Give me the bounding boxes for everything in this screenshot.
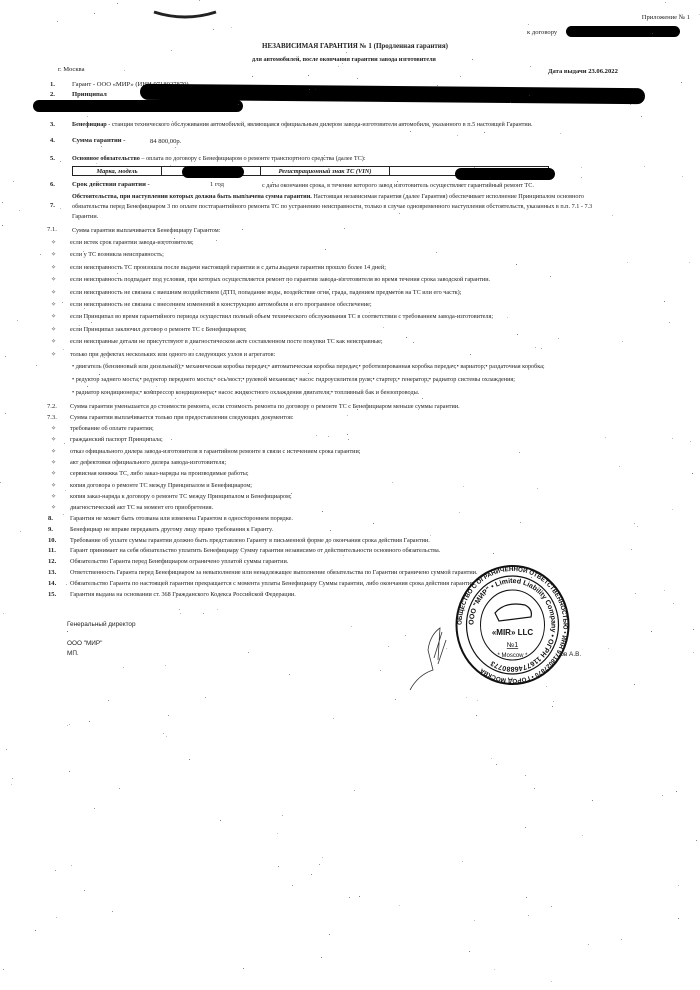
clause-text: Ответственность Гаранта перед Бенефициар… [70, 569, 478, 577]
clause-7-3: Сумма гарантии выплачивается только при … [70, 414, 294, 422]
list-item: если у ТС возникла неисправность; [70, 251, 164, 259]
list-item: только при дефектах нескольких или одног… [70, 351, 275, 359]
list-item: если неисправность ТС произошла после вы… [70, 264, 386, 272]
clause-text: Требование об уплате суммы гарантии долж… [70, 537, 430, 545]
clause-text: Бенефициар не вправе передавать другому … [70, 526, 273, 534]
bullet-icon: ✧ [51, 493, 56, 500]
city: г. Москва [58, 66, 85, 73]
clause-7-2: Сумма гарантии уменьшается до стоимости … [70, 403, 460, 411]
list-item: копия договора о ремонте ТС между Принци… [70, 482, 252, 490]
appendix-label: Приложение № 1 [642, 14, 690, 21]
list-item: копия заказ-наряда к договору о ремонте … [70, 493, 292, 501]
bullet-icon: ✧ [51, 313, 56, 320]
reg-number-label: Регистрационный знак ТС (VIN) [261, 167, 390, 176]
list-item: требование об оплате гарантии; [70, 425, 154, 433]
validity-value: 1 год [210, 181, 224, 188]
bullet-icon: ✧ [51, 470, 56, 477]
clause-7-1: Сумма гарантии выплачивается Бенефициару… [72, 227, 220, 235]
units-line: • радиатор кондиционера;• компрессор кон… [72, 389, 419, 397]
list-item: если Принципал заключил договор о ремонт… [70, 326, 247, 334]
clause-number: 9. [48, 526, 53, 533]
clause-number: 8. [48, 515, 53, 522]
guarantee-sum-label: Сумма гарантии - [72, 137, 125, 144]
guarantee-sum-value: 84 800,00р. [150, 138, 181, 145]
clause-number: 14. [48, 580, 56, 587]
clause-number: 12. [48, 558, 56, 565]
clause-text: Обязательство Гаранта по настоящей гаран… [70, 580, 476, 588]
bullet-icon: ✧ [51, 459, 56, 466]
circumstances-line1: Обстоятельства, при наступлении которых … [72, 193, 584, 201]
stamp-fragment-icon [150, 8, 220, 20]
list-item: если неисправность не связана с внесение… [70, 301, 372, 309]
redacted-vin [455, 168, 555, 180]
clause-number: 11. [48, 547, 56, 554]
signature-mp: МП. [67, 650, 79, 657]
contract-label: к договору [527, 29, 557, 36]
svg-text:«MIR» LLC: «MIR» LLC [492, 628, 534, 637]
svg-text:№1: №1 [507, 642, 519, 649]
list-item: диагностический акт ТС на момент его при… [70, 504, 213, 512]
bullet-icon: ✧ [51, 326, 56, 333]
clause-text: Гарант принимает на себя обязательство у… [70, 547, 440, 555]
bullet-icon: ✧ [51, 504, 56, 511]
bullet-icon: ✧ [51, 351, 56, 358]
redacted-make-model [182, 166, 244, 178]
clause-number: 10. [48, 537, 56, 544]
validity-label: Срок действия гарантии - [72, 181, 150, 188]
signature-position: Генеральный директор [67, 621, 136, 628]
signature-company: ООО "МИР" [67, 640, 102, 647]
bullet-icon: ✧ [51, 482, 56, 489]
company-stamp-icon: ОБЩЕСТВО С ОГРАНИЧЕННОЙ ОТВЕТСТВЕННОСТЬЮ… [455, 565, 570, 685]
principal-label: Принципал [72, 91, 107, 98]
clause-text: Обязательство Гаранта перед Бенефициаром… [70, 558, 288, 566]
bullet-icon: ✧ [51, 425, 56, 432]
bullet-icon: ✧ [51, 301, 56, 308]
bullet-icon: ✧ [51, 251, 56, 258]
make-model-label: Марка, модель [73, 167, 162, 176]
bullet-icon: ✧ [51, 448, 56, 455]
svg-text:* Moscow *: * Moscow * [497, 653, 528, 659]
list-item: отказ официального дилера завода-изготов… [70, 448, 361, 456]
list-item: сервисная книжка ТС, либо заказ-наряды н… [70, 470, 249, 478]
units-line: • редуктор заднего моста;• редуктор пере… [72, 376, 515, 384]
redacted-principal-2 [33, 100, 243, 112]
list-item: если истек срок гарантии завода-изготови… [70, 239, 194, 247]
clause-text: Гарантия выдана на основании ст. 368 Гра… [70, 591, 296, 599]
beneficiary: Бенефициар - станция технического обслуж… [72, 121, 533, 129]
redacted-contract-number [566, 26, 680, 37]
bullet-icon: ✧ [51, 436, 56, 443]
main-obligation: Основное обязательство – оплата по догов… [72, 155, 366, 163]
clause-number: 13. [48, 569, 56, 576]
document-subtitle: для автомобилей, после окончания гаранти… [252, 56, 436, 63]
document-page: Приложение № 1 к договору НЕЗАВИСИМАЯ ГА… [0, 0, 700, 990]
clause-text: Гарантия не может быть отозвана или изме… [70, 515, 293, 523]
units-line: • двигатель (бензиновый или дизельный);•… [72, 363, 545, 371]
circumstances-line2: обязательства перед Бенефициаром 3 по оп… [72, 203, 592, 211]
bullet-icon: ✧ [51, 338, 56, 345]
list-item: если неисправность не связана с внешним … [70, 289, 461, 297]
bullet-icon: ✧ [51, 264, 56, 271]
issue-date: Дата выдачи 23.06.2022 [548, 68, 618, 75]
list-item: если неисправность подпадает под условия… [70, 276, 490, 284]
list-item: если Принципал во время гарантийного пер… [70, 313, 493, 321]
list-item: если неисправные детали не присутствуют … [70, 338, 383, 346]
clause-number: 15. [48, 591, 56, 598]
document-title: НЕЗАВИСИМАЯ ГАРАНТИЯ № 1 (Продленная гар… [262, 42, 448, 50]
list-item: акт дефектовки официального дилера завод… [70, 459, 226, 467]
bullet-icon: ✧ [51, 289, 56, 296]
validity-text: с даты окончания срока, в течение которо… [262, 182, 534, 190]
circumstances-line3: Гарантии. [72, 213, 98, 221]
bullet-icon: ✧ [51, 276, 56, 283]
bullet-icon: ✧ [51, 239, 56, 246]
